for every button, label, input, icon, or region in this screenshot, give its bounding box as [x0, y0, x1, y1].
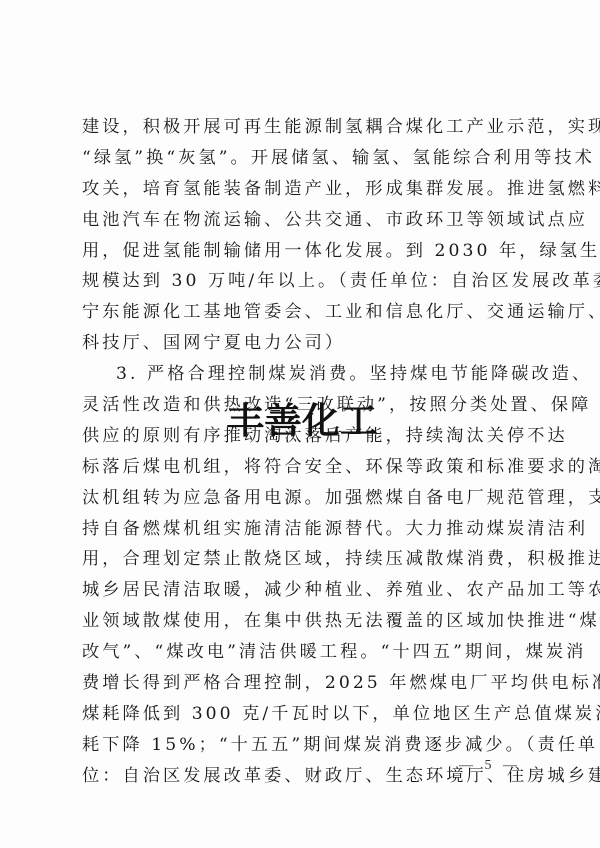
text-line: 城乡居民清洁取暖，减少种植业、养殖业、农产品加工等农 [82, 575, 528, 606]
document-page: 建设，积极开展可再生能源制氢耦合煤化工产业示范，实现 “绿氢”换“灰氢”。开展储… [0, 0, 600, 848]
text-line: 用，合理划定禁止散烧区域，持续压减散煤消费，积极推进 [82, 544, 528, 575]
text-line: 耗下降 15%；“十五五”期间煤炭消费逐步减少。（责任单 [82, 730, 528, 761]
text-line: 持自备燃煤机组实施清洁能源替代。大力推动煤炭清洁利 [82, 514, 528, 545]
section-heading-line: 3. 严格合理控制煤炭消费。坚持煤电节能降碳改造、 [82, 359, 528, 390]
text-line: 汰机组转为应急备用电源。加强燃煤自备电厂规范管理，支 [82, 483, 528, 514]
text-line: 宁东能源化工基地管委会、工业和信息化厅、交通运输厅、 [82, 297, 528, 328]
document-body: 建设，积极开展可再生能源制氢耦合煤化工产业示范，实现 “绿氢”换“灰氢”。开展储… [82, 112, 528, 792]
text-line: 规模达到 30 万吨/年以上。（责任单位：自治区发展改革委、 [82, 266, 528, 297]
text-line: 建设，积极开展可再生能源制氢耦合煤化工产业示范，实现 [82, 112, 528, 143]
text-line: 改气”、“煤改电”清洁供暖工程。“十四五”期间，煤炭消 [82, 637, 528, 668]
text-line: “绿氢”换“灰氢”。开展储氢、输氢、氢能综合利用等技术 [82, 143, 528, 174]
text-line: 科技厅、国网宁夏电力公司） [82, 328, 528, 359]
text-line: 业领域散煤使用，在集中供热无法覆盖的区域加快推进“煤 [82, 606, 528, 637]
text-line: 攻关，培育氢能装备制造产业，形成集群发展。推进氢燃料 [82, 174, 528, 205]
text-line: 煤耗降低到 300 克/千瓦时以下，单位地区生产总值煤炭消 [82, 699, 528, 730]
page-number: — 5 — [458, 758, 522, 774]
text-line: 费增长得到严格合理控制，2025 年燃煤电厂平均供电标准 [82, 668, 528, 699]
text-line: 用，促进氢能制输储用一体化发展。到 2030 年，绿氢生产 [82, 236, 528, 267]
watermark-text: 丰善化工 [220, 402, 384, 442]
text-line: 标落后煤电机组，将符合安全、环保等政策和标准要求的淘 [82, 452, 528, 483]
text-line: 电池汽车在物流运输、公共交通、市政环卫等领域试点应 [82, 205, 528, 236]
